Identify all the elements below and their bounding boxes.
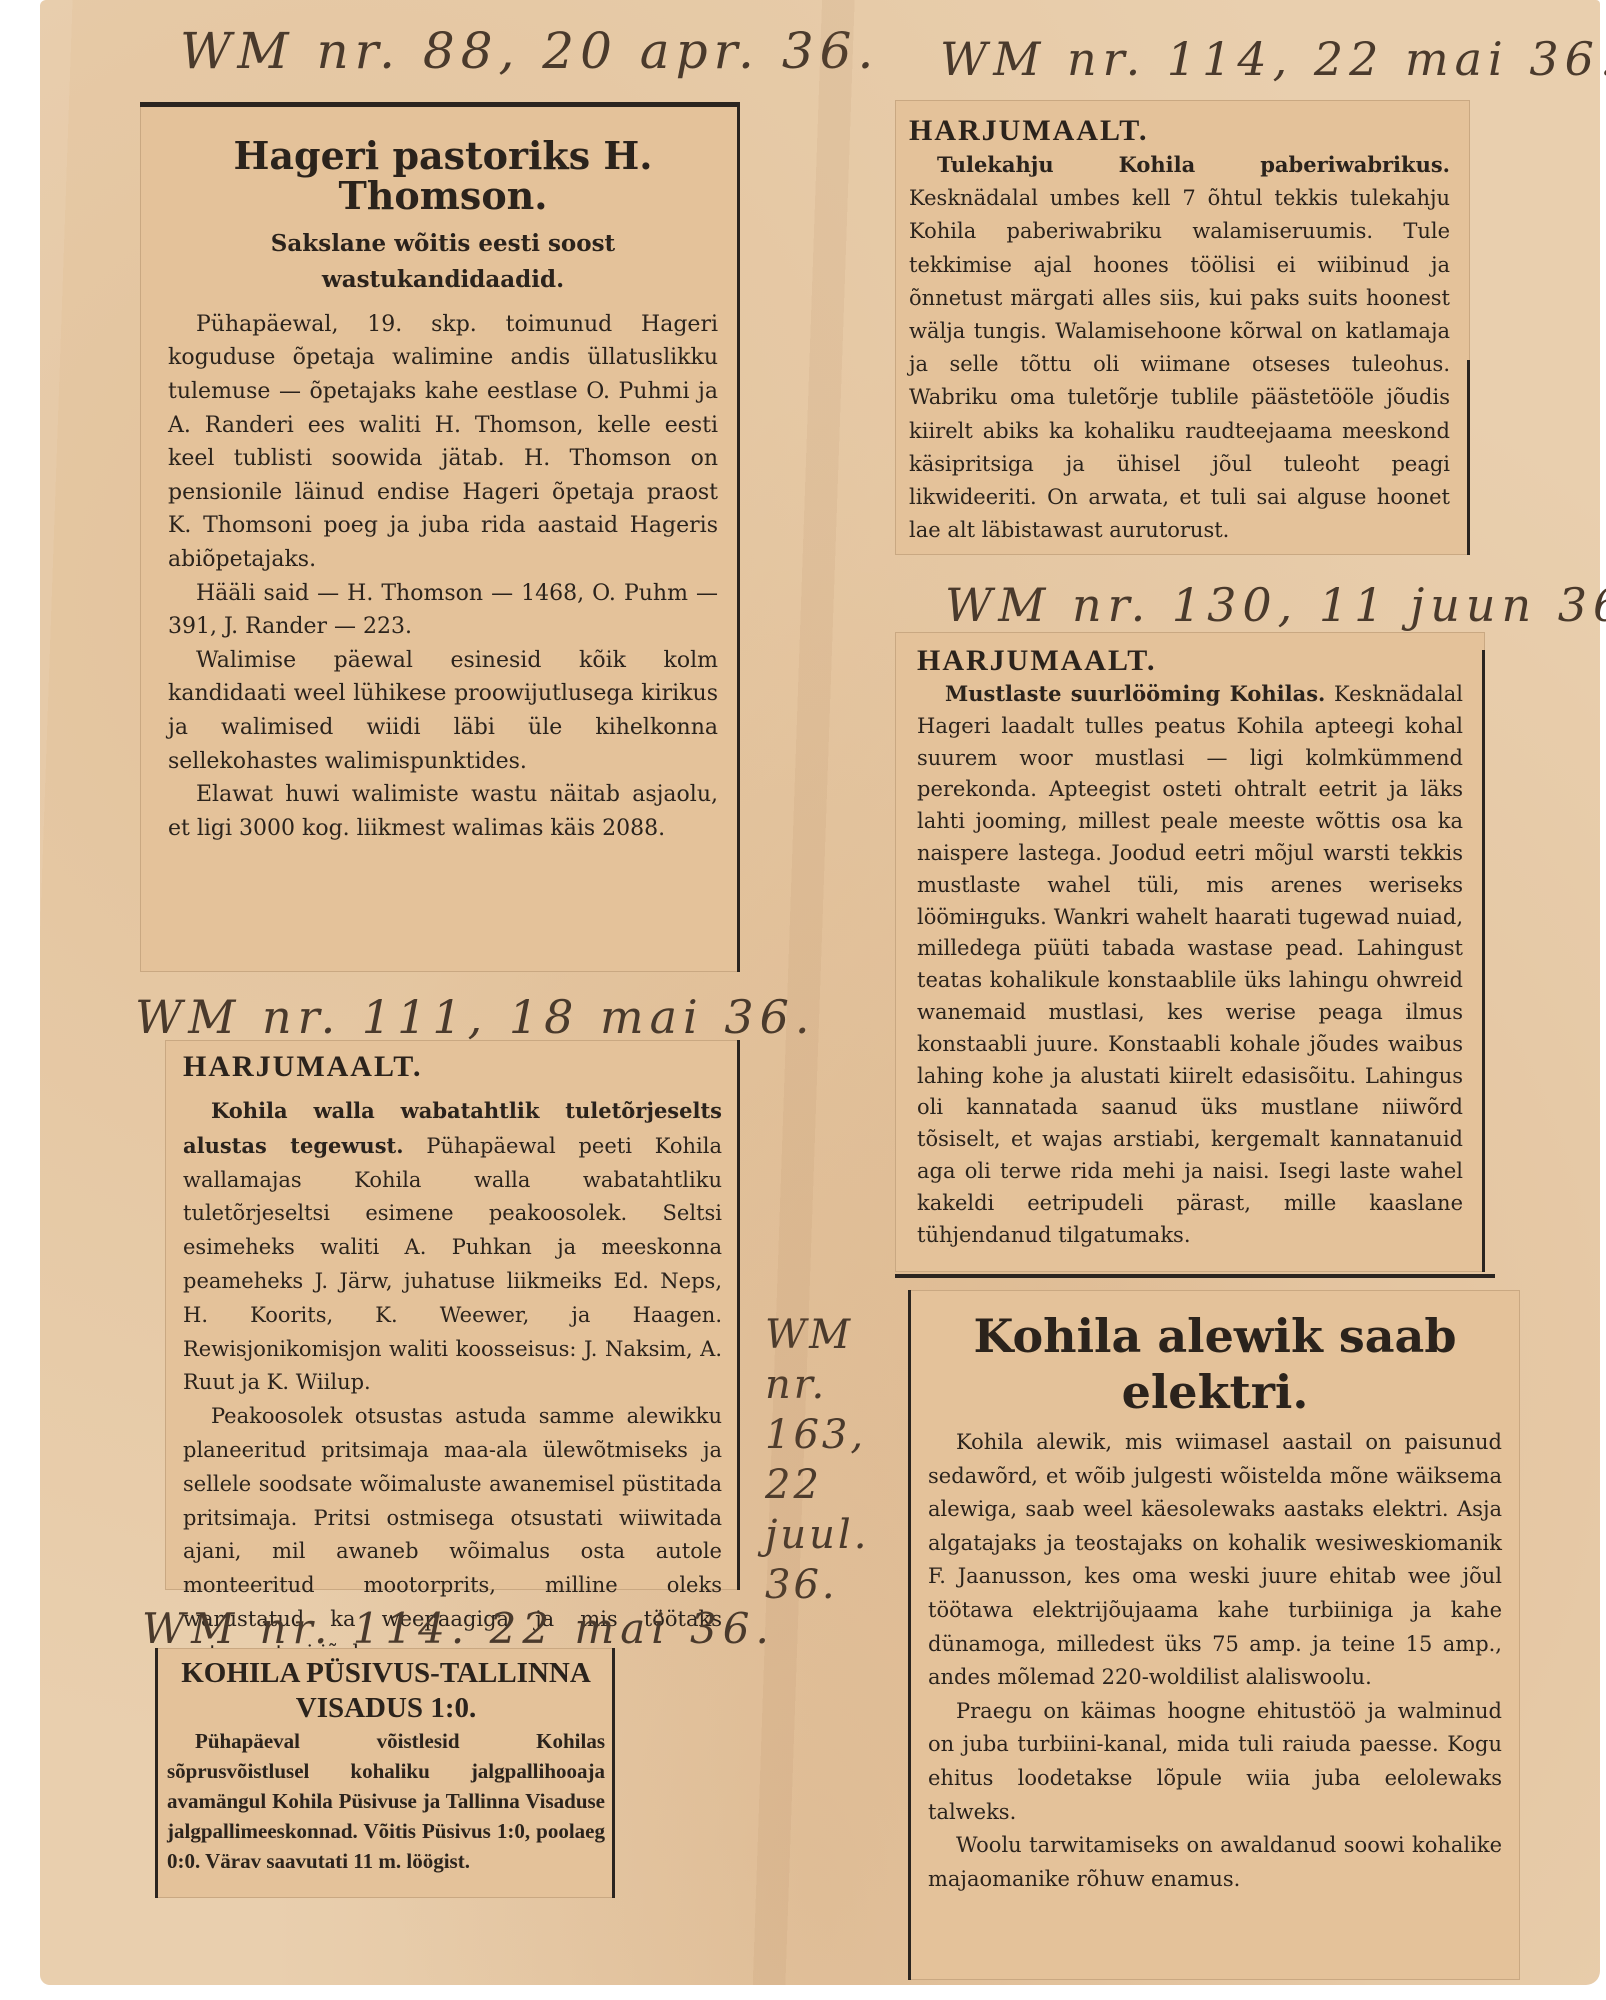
subheadline: Sakslane wõitis eesti soost wastukandida… — [168, 226, 718, 298]
clipping-kohila-pusivus: KOHILA PÜSIVUS-TALLINNA VISADUS 1:0. Püh… — [155, 1648, 615, 1898]
article-body: Kohila walla wabatahtlik tuletõrjeselts … — [183, 1094, 722, 1671]
headline: Hageri pastoriks H. Thomson. — [168, 136, 718, 216]
paragraph: Hääli said — H. Thomson — 1468, O. Puhm … — [168, 577, 718, 644]
clipping-kohila-elektri: Kohila alewik saab elektri. Kohila alewi… — [908, 1290, 1520, 1980]
lead-title: Tulekahju Kohila paberiwabrikus. — [937, 152, 1450, 177]
handwritten-note: WM nr. 114, 22 mai 36. — [940, 32, 1606, 86]
headline: KOHILA PÜSIVUS-TALLINNA VISADUS 1:0. — [167, 1656, 605, 1726]
paragraph: Elawat huwi walimiste wastu näitab asjao… — [168, 778, 718, 845]
article-body: Mustlaste suurlööming Kohilas. Kesknädal… — [917, 678, 1463, 1251]
paragraph: Tulekahju Kohila paberiwabrikus. Kesknäd… — [909, 148, 1450, 547]
article-body: Tulekahju Kohila paberiwabrikus. Kesknäd… — [909, 148, 1450, 547]
handwritten-note: WM nr. 130, 11 juun 36. — [945, 578, 1606, 632]
paragraph-text: Pühapäewal peeti Kohila wallamajas Kohil… — [183, 1134, 722, 1395]
paragraph: Mustlaste suurlööming Kohilas. Kesknädal… — [917, 678, 1463, 1251]
clipping-hageri-pastoriks: Hageri pastoriks H. Thomson. Sakslane wõ… — [140, 102, 740, 972]
handwritten-note: WM nr. 163, 22 juul. 36. — [765, 1310, 885, 1610]
scrapbook-page: WM nr. 88, 20 apr. 36. Hageri pastoriks … — [40, 0, 1600, 1985]
section-title: HARJUMAALT. — [909, 114, 1450, 148]
paragraph-text: Kesknädalal umbes kell 7 õhtul tekkis tu… — [909, 186, 1450, 542]
clipping-mustlaste: HARJUMAALT. Mustlaste suurlööming Kohila… — [895, 632, 1485, 1272]
paragraph: Pühapäewal, 19. skp. toimunud Hageri kog… — [168, 308, 718, 577]
paragraph-text: Kesknädalal Hageri laadalt tulles peatus… — [917, 682, 1463, 1247]
article-body: Pühapäeval võistlesid Kohilas sõprusvõis… — [167, 1726, 605, 1876]
section-title: HARJUMAALT. — [917, 644, 1463, 678]
paragraph: Kohila alewik, mis wiimasel aastail on p… — [928, 1426, 1502, 1695]
article-body: Pühapäewal, 19. skp. toimunud Hageri kog… — [168, 308, 718, 846]
article-body: Kohila alewik, mis wiimasel aastail on p… — [928, 1426, 1502, 1896]
headline: Kohila alewik saab elektri. — [928, 1308, 1502, 1420]
paragraph: Woolu tarwitamiseks on awaldanud soowi k… — [928, 1829, 1502, 1896]
paragraph: Pühapäeval võistlesid Kohilas sõprusvõis… — [167, 1726, 605, 1876]
lead-title: Mustlaste suurlööming Kohilas. — [945, 681, 1325, 706]
handwritten-note: WM nr. 88, 20 apr. 36. — [180, 22, 879, 80]
handwritten-note: WM nr. 111, 18 mai 36. — [135, 990, 816, 1044]
paragraph: Praegu on käimas hoogne ehitustöö ja wal… — [928, 1695, 1502, 1829]
paragraph: Kohila walla wabatahtlik tuletõrjeselts … — [183, 1094, 722, 1400]
paragraph: Walimise päewal esinesid kõik kolm kandi… — [168, 644, 718, 778]
section-title: HARJUMAALT. — [183, 1050, 722, 1084]
handwritten-note: WM nr. 114. 22 mai 36. — [142, 1604, 775, 1653]
clipping-tuletorjeselts: HARJUMAALT. Kohila walla wabatahtlik tul… — [165, 1040, 740, 1590]
clipping-tulekahju: HARJUMAALT. Tulekahju Kohila paberiwabri… — [895, 100, 1470, 555]
